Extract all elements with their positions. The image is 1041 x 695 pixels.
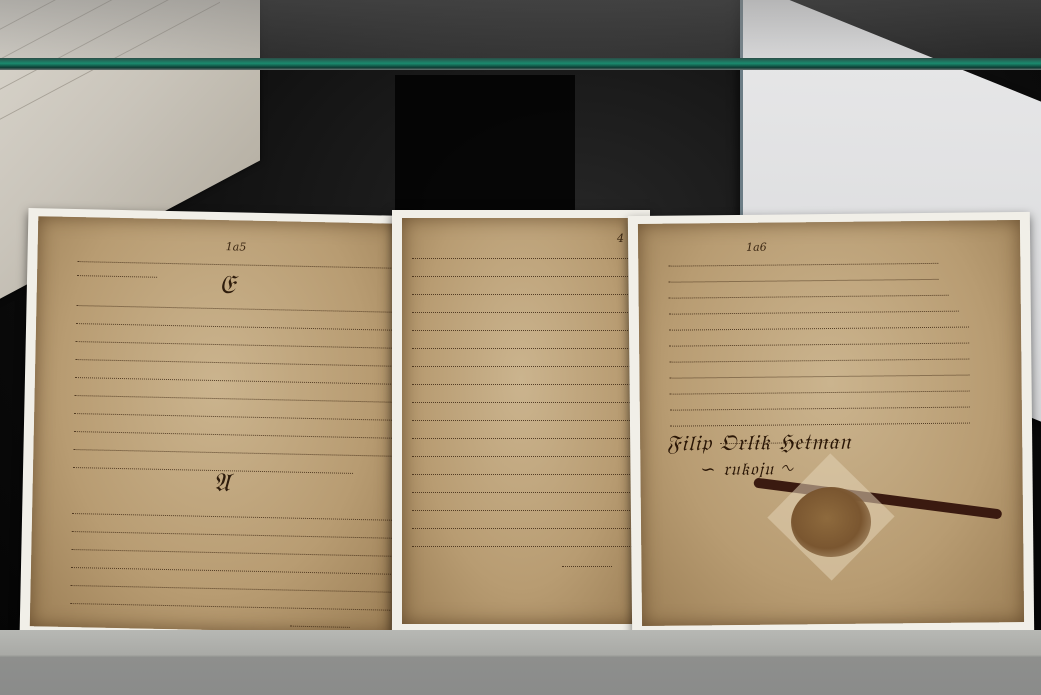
manuscript-page-center: 4 [392,210,650,634]
aged-paper: 4 [402,218,640,624]
illuminated-initial: 𝔈 [219,270,236,301]
glass-lid [0,0,1041,62]
manuscript-page-left: 1a5 𝔈 𝔄 [20,208,411,644]
page-number: 1a5 [226,240,247,253]
aged-paper: 1a5 𝔈 𝔄 [30,216,401,633]
signature-flourish: ∽ 𝔯𝔲𝔨𝔬𝔧𝔲 ∿ [700,458,793,480]
background-figure-shadow [395,75,575,215]
page-number: 1a6 [746,241,767,254]
hetman-signature: 𝔉𝔦𝔩𝔦𝔭 𝔒𝔯𝔩𝔦𝔨 ℌ𝔢𝔱𝔪𝔞𝔫 [666,430,851,457]
display-case-ledge [0,630,1041,695]
manuscript-page-right: 1a6 𝔉𝔦𝔩𝔦𝔭 𝔒𝔯𝔩𝔦𝔨 ℌ𝔢𝔱𝔪𝔞𝔫 ∽ 𝔯𝔲𝔨𝔬𝔧𝔲 ∿ [628,212,1034,636]
page-number: 4 [617,232,624,245]
illuminated-initial: 𝔄 [212,468,230,499]
aged-paper: 1a6 𝔉𝔦𝔩𝔦𝔭 𝔒𝔯𝔩𝔦𝔨 ℌ𝔢𝔱𝔪𝔞𝔫 ∽ 𝔯𝔲𝔨𝔬𝔧𝔲 ∿ [638,220,1024,626]
display-case-photo: 1a5 𝔈 𝔄 4 [0,0,1041,695]
glass-edge [0,58,1041,70]
